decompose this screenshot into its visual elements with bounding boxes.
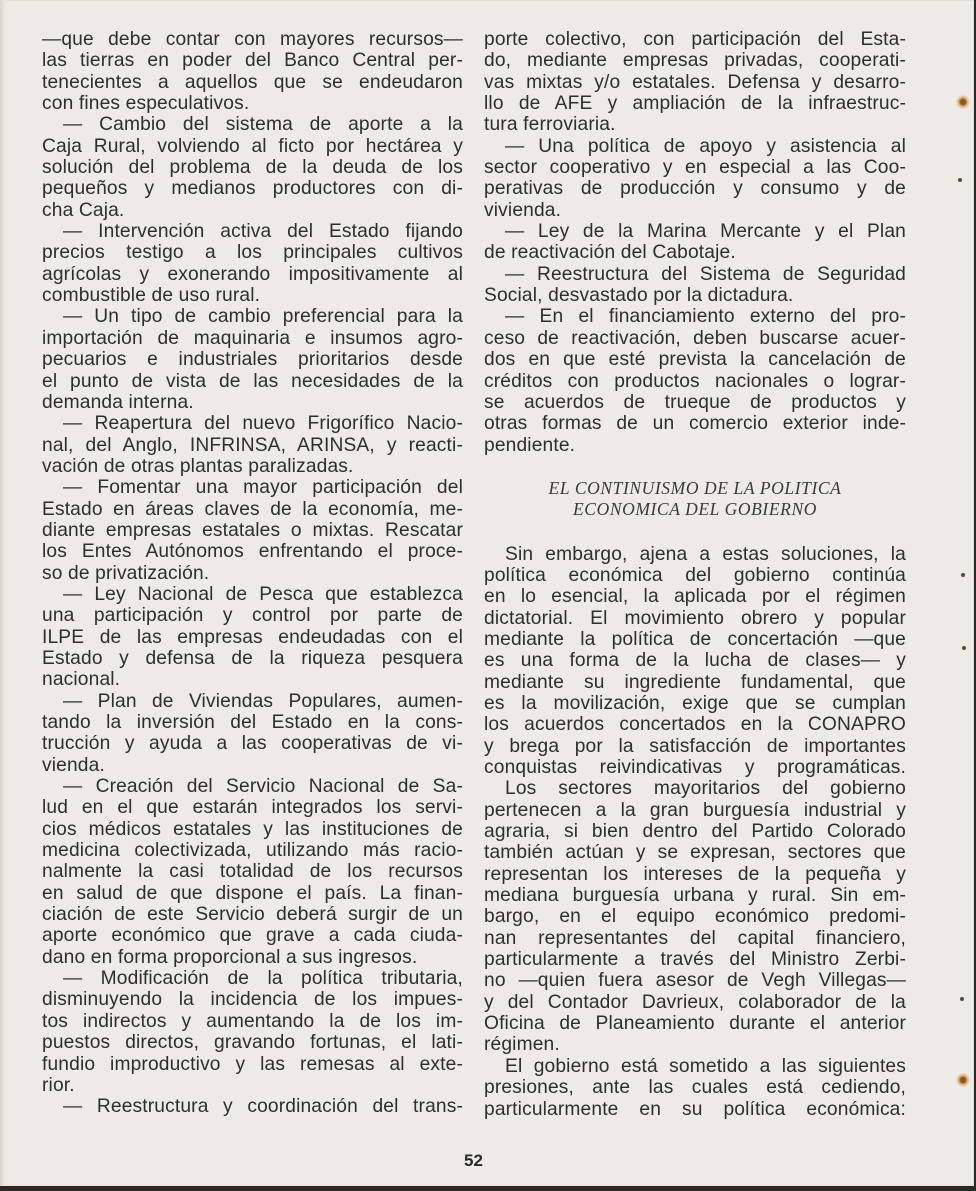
paper-speck [962,646,966,650]
text-line: do, mediante empresas privadas, cooperat… [484,50,906,71]
text-line: dano en forma proporcional a sus ingreso… [42,947,463,968]
text-line: — Reestructura del Sistema de Seguridad [484,264,906,285]
text-line: vación de otras plantas paralizadas. [42,456,463,477]
text-line: pendiente. [484,435,906,456]
text-line: el punto de vista de las necesidades de … [42,371,463,392]
text-line: disminuyendo la incidencia de los impues… [42,989,463,1010]
paper-stain [956,1073,970,1087]
text-line: pecuarios e industriales prioritarios de… [42,349,463,370]
text-line: tando la inversión del Estado en la cons… [42,712,463,733]
text-line: Los sectores mayoritarios del gobierno [484,778,906,799]
text-line: bargo, en el equipo económico predomi- [484,906,906,927]
text-line: nalmente la casi totalidad de los recurs… [42,861,463,882]
section-heading-line-1: EL CONTINUISMO DE LA POLITICA [484,478,906,499]
text-line: Estado en áreas claves de la economía, m… [42,499,463,520]
right-column-proposals: porte colectivo, con participación del E… [484,29,906,456]
text-line: cha Caja. [42,200,463,221]
text-line: agraria, si bien dentro del Partido Colo… [484,821,906,842]
text-line: pertenecen a la gran burguesía industria… [484,800,906,821]
paper-stain [956,95,970,109]
text-line: tenecientes a aquellos que se endeudaron [42,72,463,93]
text-line: — Ley de la Marina Mercante y el Plan [484,221,906,242]
text-line: —que debe contar con mayores recursos— [42,29,463,50]
text-line: sector cooperativo y en especial a las C… [484,157,906,178]
text-line: lud en el que estarán integrados los ser… [42,797,463,818]
text-line: las tierras en poder del Banco Central p… [42,50,463,71]
text-line: y del Contador Davrieux, colaborador de … [484,992,906,1013]
text-line: ceso de reactivación, deben buscarse acu… [484,328,906,349]
text-line: es la movilización, exige que se cumplan [484,693,906,714]
paper-speck [960,997,964,1001]
text-line: Oficina de Planeamiento durante el anter… [484,1013,906,1034]
text-line: puestos directos, gravando fortunas, el … [42,1032,463,1053]
text-line: en lo esencial, la aplicada por el régim… [484,586,906,607]
text-line: combustible de uso rural. [42,285,463,306]
text-line: con fines especulativos. [42,93,463,114]
text-line: fundio improductivo y las remesas al ext… [42,1054,463,1075]
text-line: El gobierno está sometido a las siguient… [484,1056,906,1077]
text-line: pequeños y medianos productores con di- [42,178,463,199]
text-line: importación de maquinaria e insumos agro… [42,328,463,349]
text-line: los acuerdos concertados en la CONAPRO [484,714,906,735]
left-column: —que debe contar con mayores recursos—la… [42,29,463,1118]
text-line: mediana burguesía urbana y rural. Sin em… [484,885,906,906]
text-line: — Fomentar una mayor participación del [42,477,463,498]
text-line: dictatorial. El movimiento obrero y popu… [484,608,906,629]
text-line: otras formas de un comercio exterior ind… [484,413,906,434]
text-line: Caja Rural, volviendo al ficto por hectá… [42,136,463,157]
text-line: Sin embargo, ajena a estas soluciones, l… [484,544,906,565]
paper-speck [958,178,962,182]
text-line: conquistas reivindicativas y programátic… [484,757,906,778]
text-line: — Intervención activa del Estado fijando [42,221,463,242]
text-line: solución del problema de la deuda de los [42,157,463,178]
text-line: se acuerdos de trueque de productos y [484,392,906,413]
text-line: — Plan de Viviendas Populares, aumen- [42,691,463,712]
text-line: vienda. [42,755,463,776]
text-line: — Un tipo de cambio preferencial para la [42,306,463,327]
text-line: créditos con productos nacionales o logr… [484,371,906,392]
text-line: mediante su ingrediente fundamental, que [484,672,906,693]
text-line: representan los intereses de la pequeña … [484,864,906,885]
text-line: rior. [42,1075,463,1096]
text-line: cios médicos estatales y las institucion… [42,819,463,840]
text-line: — En el financiamiento externo del pro- [484,306,906,327]
paper-speck [961,573,965,577]
text-line: — Creación del Servicio Nacional de Sa- [42,776,463,797]
text-line: perativas de producción y consumo y de [484,178,906,199]
text-line: no —quien fuera asesor de Vegh Villegas— [484,970,906,991]
page-number: 52 [464,1151,483,1171]
text-line: so de privatización. [42,563,463,584]
text-line: Estado y defensa de la riqueza pesquera [42,648,463,669]
text-line: diante empresas estatales o mixtas. Resc… [42,520,463,541]
document-page: —que debe contar con mayores recursos—la… [0,0,974,1186]
text-line: vas mixtas y/o estatales. Defensa y desa… [484,72,906,93]
text-line: particularmente en su política económica… [484,1099,906,1120]
text-line: tos indirectos y aumentando la de los im… [42,1011,463,1032]
text-line: y brega por la satisfacción de important… [484,736,906,757]
text-line: agrícolas y exonerando impositivamente a… [42,264,463,285]
text-line: los Entes Autónomos enfrentando el proce… [42,541,463,562]
text-line: porte colectivo, con participación del E… [484,29,906,50]
text-line: aporte económico que grave a cada ciuda- [42,925,463,946]
text-line: llo de AFE y ampliación de la infraestru… [484,93,906,114]
text-line: demanda interna. [42,392,463,413]
text-line: medicina colectivizada, utilizando más r… [42,840,463,861]
text-line: de reactivación del Cabotaje. [484,242,906,263]
right-column-analysis: Sin embargo, ajena a estas soluciones, l… [484,544,906,1120]
text-line: una participación y control por parte de [42,605,463,626]
text-line: — Una política de apoyo y asistencia al [484,136,906,157]
text-line: — Modificación de la política tributaria… [42,968,463,989]
text-line: ILPE de las empresas endeudadas con el [42,627,463,648]
text-line: — Cambio del sistema de aporte a la [42,114,463,135]
text-line: dos en que esté prevista la cancelación … [484,349,906,370]
text-line: nan representantes del capital financier… [484,928,906,949]
text-line: ciación de este Servicio deberá surgir d… [42,904,463,925]
right-column: porte colectivo, con participación del E… [484,29,906,1120]
text-line: particularmente a través del Ministro Ze… [484,949,906,970]
text-line: — Reapertura del nuevo Frigorífico Nacio… [42,413,463,434]
text-line: régimen. [484,1034,906,1055]
text-line: nal, del Anglo, INFRINSA, ARINSA, y reac… [42,435,463,456]
text-line: Social, desvastado por la dictadura. [484,285,906,306]
text-line: política económica del gobierno continúa [484,565,906,586]
text-line: — Reestructura y coordinación del trans- [42,1096,463,1117]
text-line: — Ley Nacional de Pesca que establezca [42,584,463,605]
text-line: trucción y ayuda a las cooperativas de v… [42,733,463,754]
text-line: también actúan y se expresan, sectores q… [484,842,906,863]
text-line: en salud de que dispone el país. La fina… [42,883,463,904]
text-line: nacional. [42,669,463,690]
text-line: es una forma de la lucha de clases— y [484,650,906,671]
text-line: presiones, ante las cuales está cediendo… [484,1077,906,1098]
section-heading: EL CONTINUISMO DE LA POLITICA ECONOMICA … [484,478,906,521]
text-line: vivienda. [484,200,906,221]
page-edge-shadow [0,0,6,1186]
section-heading-line-2: ECONOMICA DEL GOBIERNO [484,499,906,520]
text-line: precios testigo a los principales cultiv… [42,242,463,263]
text-line: mediante la política de concertación —qu… [484,629,906,650]
text-line: tura ferroviaria. [484,114,906,135]
